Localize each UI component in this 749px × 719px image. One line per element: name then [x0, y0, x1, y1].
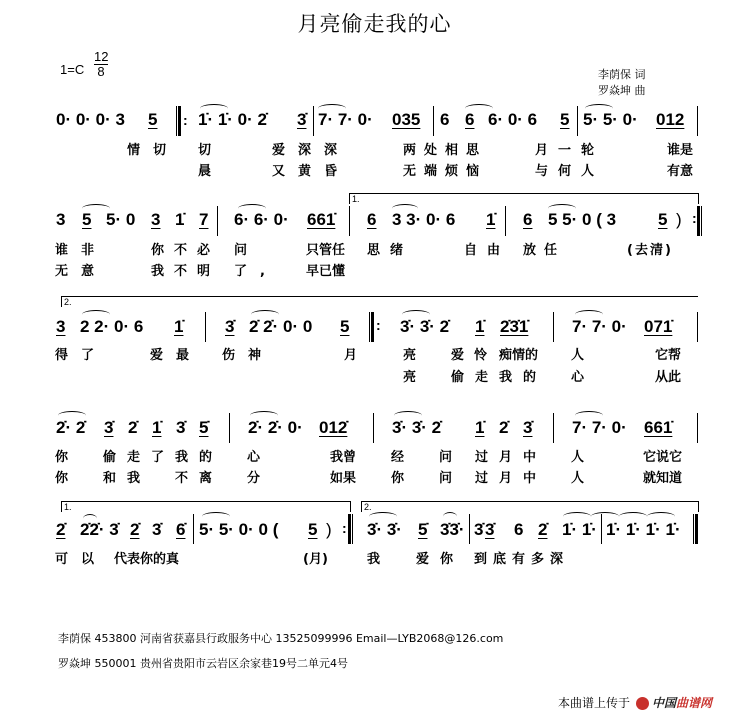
- notes: 5: [148, 110, 157, 130]
- notes: 012̇: [319, 418, 347, 438]
- lyric: 爱你: [416, 552, 464, 568]
- lyric: 了,: [234, 264, 278, 280]
- lyric: 问: [234, 243, 260, 259]
- notes: 661̇: [644, 418, 672, 438]
- barline: [553, 312, 554, 342]
- lyric: 爱深深: [272, 143, 350, 159]
- key-signature: 1=C: [60, 62, 84, 77]
- lyric: 它帮: [655, 348, 681, 364]
- lyric: 痴情的: [499, 348, 538, 364]
- lyric: 思绪: [367, 243, 413, 259]
- barline: [697, 312, 698, 342]
- repeat-end-barline: [348, 514, 353, 544]
- notes: 3̇· 3̇· 2̇: [400, 317, 449, 337]
- lyric: 它说它: [643, 450, 682, 466]
- barline: [697, 106, 698, 136]
- notes: 6: [465, 110, 474, 130]
- lyric: 人: [571, 471, 597, 487]
- notes: 1̇: [475, 418, 484, 438]
- barline: [553, 413, 554, 443]
- lyric: 问: [439, 450, 465, 466]
- notes: 5̇: [199, 418, 208, 438]
- site-logo-text[interactable]: 中国: [652, 696, 676, 710]
- notes: 3̇· 3̇· 2̇: [392, 418, 441, 438]
- lyric: 你: [391, 471, 417, 487]
- lyric: 自由: [464, 243, 510, 259]
- lyric: 我不明: [151, 264, 220, 280]
- repeat-dots: :: [376, 315, 381, 335]
- notes: 2̇: [56, 520, 65, 540]
- notes: 661̇: [307, 210, 335, 230]
- upload-label: 本曲谱上传于: [558, 696, 630, 710]
- lyric: 谁非: [55, 243, 107, 259]
- notes: 3̇· 3̇·: [367, 520, 402, 540]
- lyric: 偷走我的: [451, 370, 547, 386]
- composer-credit: 罗焱坤 曲: [598, 82, 646, 98]
- meter-denominator: 8: [97, 64, 104, 79]
- notes: 3: [151, 210, 160, 230]
- lyric: 有意: [667, 164, 693, 180]
- repeat-start-barline: [369, 312, 374, 342]
- notes: 3: [56, 317, 65, 337]
- notes: 1̇· 1̇·: [562, 520, 597, 540]
- lyric: 我曾: [330, 450, 356, 466]
- lyric: 得了: [55, 348, 107, 364]
- lyric: 切: [198, 143, 224, 159]
- notes: 1̇· 1̇· 0· 2̇: [198, 110, 267, 130]
- lyric: 过月中: [475, 450, 547, 466]
- notes: 2̇3̇1̇: [500, 317, 528, 337]
- lyric: 问: [439, 471, 465, 487]
- notes: 5: [658, 210, 667, 230]
- repeat-dots: :: [692, 208, 697, 228]
- notes: 3: [56, 210, 65, 230]
- notes: 6̇: [176, 520, 185, 540]
- lyric: 经: [391, 450, 417, 466]
- notes: 012: [656, 110, 684, 130]
- volta-bracket-2: 2.: [61, 296, 698, 307]
- lyric: 放任: [523, 243, 565, 259]
- notes: ): [676, 210, 682, 230]
- notes: 3̇: [152, 520, 161, 540]
- notes: 6· 0· 6: [488, 110, 537, 130]
- barline: [601, 514, 602, 544]
- lyric: 心: [571, 370, 597, 386]
- notes: 2̇· 2̇· 0·: [248, 418, 303, 438]
- lyric: 晨: [198, 164, 224, 180]
- notes: 7· 7· 0·: [318, 110, 373, 130]
- lyric: 月一轮: [535, 143, 604, 159]
- lyric: 心: [247, 450, 273, 466]
- time-signature: 12 8: [94, 50, 108, 79]
- notes: 2̇: [128, 418, 137, 438]
- notes: 7: [199, 210, 208, 230]
- barline: [577, 106, 578, 136]
- score-row-1: 0· 0· 0· 3 5 : 1̇· 1̇· 0· 2̇ 3̇ 7· 7· 0·…: [0, 100, 749, 200]
- lyric: 从此: [655, 370, 681, 386]
- final-barline: [693, 514, 698, 544]
- lyric: (去清): [627, 243, 673, 259]
- lyric: 如果: [330, 471, 356, 487]
- lyric: (月): [303, 552, 328, 568]
- barline: [697, 413, 698, 443]
- notes: 5̇: [418, 520, 427, 540]
- notes: 3̇: [104, 418, 113, 438]
- barline: [229, 413, 230, 443]
- notes: 5· 5· 0·: [583, 110, 638, 130]
- notes: 5: [308, 520, 317, 540]
- lyric: 两处相思: [403, 143, 487, 159]
- score-row-2: 1. 3 5 5· 0 3 1̇ 7 6· 6· 0· 661̇ 6 3 3· …: [0, 190, 749, 290]
- lyric: 你不必: [151, 243, 220, 259]
- notes: 1̇· 1̇· 1̇· 1̇·: [606, 520, 681, 540]
- barline: [349, 206, 350, 236]
- lyric: 伤神: [222, 348, 274, 364]
- notes: 1̇: [152, 418, 161, 438]
- lyric: 爱最: [150, 348, 202, 364]
- barline: [313, 106, 314, 136]
- notes: 5: [560, 110, 569, 130]
- lyricist-credit: 李荫保 词: [598, 66, 646, 82]
- notes: 6: [367, 210, 376, 230]
- meter-numerator: 12: [94, 50, 108, 65]
- notes: 6: [440, 110, 449, 130]
- notes: 3̇: [485, 520, 494, 540]
- lyric: 可以: [55, 552, 107, 568]
- lyric: 不离: [175, 471, 223, 487]
- lyric: 人: [571, 348, 597, 364]
- notes: 3̇: [523, 418, 532, 438]
- notes: 2̇: [538, 520, 547, 540]
- lyric: 早已懂: [306, 264, 345, 280]
- score-row-4: 2̇· 2̇ 3̇ 2̇ 1̇ 3̇ 5̇ 2̇· 2̇· 0· 012̇ 3̇…: [0, 395, 749, 495]
- notes: 071̇: [644, 317, 672, 337]
- lyric: 谁是: [667, 143, 693, 159]
- notes: 1̇: [175, 210, 184, 230]
- repeat-end-barline: [697, 206, 702, 236]
- notes: 1̇: [174, 317, 183, 337]
- site-logo-text-accent[interactable]: 曲谱网: [676, 696, 712, 710]
- notes: 3̇: [225, 317, 234, 337]
- barline: [433, 106, 434, 136]
- lyricist-contact: 李荫保 453800 河南省获嘉县行政服务中心 13525099996 Emai…: [58, 630, 503, 646]
- barline: [469, 514, 470, 544]
- upload-attribution: 本曲谱上传于中国曲谱网: [558, 694, 712, 711]
- notes: 7· 7· 0·: [572, 418, 627, 438]
- volta-bracket-1: 1.: [349, 193, 699, 204]
- lyric: 到底有多深: [474, 552, 569, 568]
- composer-contact: 罗焱坤 550001 贵州省贵阳市云岩区余家巷19号二单元4号: [58, 655, 348, 671]
- barline: [217, 206, 218, 236]
- site-logo-icon: [636, 697, 649, 710]
- notes: 2 2· 0· 6: [80, 317, 143, 337]
- notes: 5· 0: [106, 210, 135, 230]
- volta-bracket-2: 2.: [361, 501, 699, 512]
- notes: 2̇· 2̇: [56, 418, 85, 438]
- lyric: 爱怜: [451, 348, 497, 364]
- lyric: 亮: [403, 348, 429, 364]
- lyric: 无端烦恼: [403, 164, 487, 180]
- song-title: 月亮偷走我的心: [0, 8, 749, 38]
- notes: 5 5· 0 ( 3: [548, 210, 616, 230]
- notes: 5: [340, 317, 349, 337]
- volta-bracket-1: 1.: [61, 501, 351, 512]
- notes: 1̇: [475, 317, 484, 337]
- barline: [505, 206, 506, 236]
- score-row-3: 2. 3 2 2· 0· 6 1̇ 3̇ 2̇ 2̇· 0· 0 5 : 3̇·…: [0, 290, 749, 390]
- notes: 3̇: [474, 520, 483, 540]
- lyric: 只管任: [306, 243, 345, 259]
- notes: 2̇ 2̇· 0· 0: [249, 317, 312, 337]
- repeat-dots: :: [183, 110, 188, 130]
- barline: [193, 514, 194, 544]
- notes: 2̇: [130, 520, 139, 540]
- notes: 6: [523, 210, 532, 230]
- notes: 7· 7· 0·: [572, 317, 627, 337]
- notes: 1̇: [486, 210, 495, 230]
- notes: 0· 0· 0· 3: [56, 110, 125, 130]
- notes: 3̇: [297, 110, 306, 130]
- notes: ): [326, 520, 332, 540]
- notes: 3 3· 0· 6: [392, 210, 455, 230]
- notes: 5· 5· 0· 0 (: [199, 520, 278, 540]
- notes: 3̇: [176, 418, 185, 438]
- lyric: 亮: [403, 370, 429, 386]
- notes: 3̇3̇·: [440, 520, 465, 540]
- lyric: 又黄昏: [272, 164, 350, 180]
- barline: [373, 413, 374, 443]
- notes: 2̇: [499, 418, 508, 438]
- lyric: 你: [55, 450, 81, 466]
- repeat-start-barline: [176, 106, 181, 136]
- notes: 2̇2̇· 3̇: [80, 520, 119, 540]
- lyric: 无意: [55, 264, 107, 280]
- lyric: 我: [367, 552, 393, 568]
- notes: 6· 6· 0·: [234, 210, 289, 230]
- lyric: 就知道: [643, 471, 682, 487]
- lyric: 过月中: [475, 471, 547, 487]
- lyric: 月: [344, 348, 370, 364]
- lyric: 你: [55, 471, 81, 487]
- lyric: 情切: [127, 143, 179, 159]
- lyric: 代表你的真: [114, 552, 179, 568]
- notes: 5: [82, 210, 91, 230]
- lyric: 与何人: [535, 164, 604, 180]
- lyric: 分: [247, 471, 273, 487]
- lyric: 人: [571, 450, 597, 466]
- notes: 035: [392, 110, 420, 130]
- notes: 6: [514, 520, 523, 540]
- score-row-5: 1. 2. 2̇ 2̇2̇· 3̇ 2̇ 3̇ 6̇ 5· 5· 0· 0 ( …: [0, 490, 749, 590]
- lyric: 偷走了我的: [103, 450, 223, 466]
- lyric: 和我: [103, 471, 151, 487]
- repeat-dots: :: [342, 518, 347, 538]
- barline: [205, 312, 206, 342]
